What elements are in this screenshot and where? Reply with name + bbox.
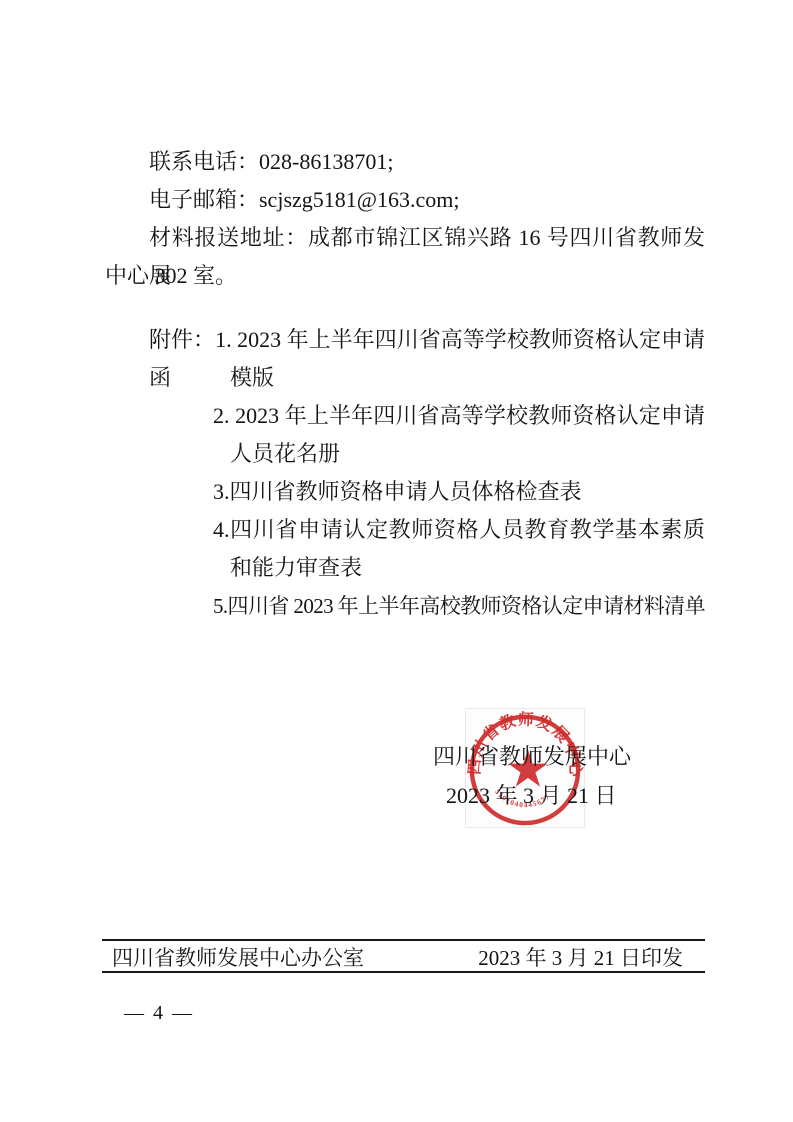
footer-rule-bottom [102, 971, 705, 973]
footer-row: 四川省教师发展中心办公室 2023 年 3 月 21 日印发 [112, 944, 683, 972]
footer-office: 四川省教师发展中心办公室 [112, 944, 364, 972]
contact-email-line: 电子邮箱：scjszg5181@163.com; [149, 181, 460, 219]
document-page: 联系电话：028-86138701; 电子邮箱：scjszg5181@163.c… [0, 0, 793, 1122]
signature-date: 2023 年 3 月 21 日 [446, 777, 617, 815]
attachments-line-8: 5.四川省 2023 年上半年高校教师资格认定申请材料清单 [213, 587, 705, 625]
contact-address-line-1: 材料报送地址：成都市锦江区锦兴路 16 号四川省教师发展 [149, 219, 705, 257]
contact-address-line-2: 中心 302 室。 [105, 257, 237, 295]
attachments-line-2: 模版 [230, 359, 274, 397]
attachments-line-4: 人员花名册 [230, 435, 340, 473]
signature-org: 四川省教师发展中心 [433, 738, 631, 776]
attachments-line-1: 附件：1. 2023 年上半年四川省高等学校教师资格认定申请函 [149, 321, 705, 359]
attachments-line-7: 和能力审查表 [230, 549, 362, 587]
contact-phone-line: 联系电话：028-86138701; [149, 143, 393, 181]
attachments-line-5: 3.四川省教师资格申请人员体格检查表 [213, 473, 582, 511]
attachments-line-3: 2. 2023 年上半年四川省高等学校教师资格认定申请 [213, 397, 705, 435]
page-number: — 4 — [124, 1001, 194, 1025]
attachments-line-6: 4.四川省申请认定教师资格人员教育教学基本素质 [213, 511, 705, 549]
footer-rule-top [102, 939, 705, 941]
footer-print-date: 2023 年 3 月 21 日印发 [478, 944, 683, 972]
